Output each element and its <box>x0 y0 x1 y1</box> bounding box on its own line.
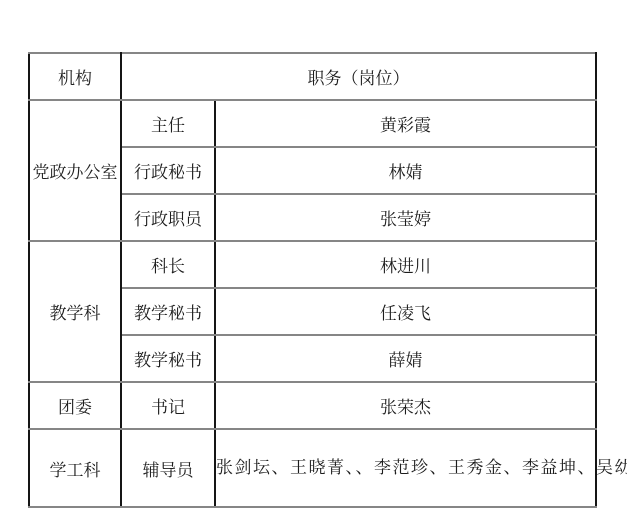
page-background: 机构 职务（岗位） 党政办公室 主任 黄彩霞 行政秘书 林婧 行政职员 张莹婷 … <box>0 0 627 532</box>
table-row: 教学科 科长 林进川 <box>29 241 596 288</box>
name-cell: 黄彩霞 <box>215 100 596 147</box>
title-cell: 行政职员 <box>121 194 215 241</box>
table-header-row: 机构 职务（岗位） <box>29 53 596 100</box>
name-cell: 林婧 <box>215 147 596 194</box>
org-cell-xuegongke: 学工科 <box>29 429 121 507</box>
org-cell-dangzheng: 党政办公室 <box>29 100 121 241</box>
name-cell: 任凌飞 <box>215 288 596 335</box>
table-row: 团委 书记 张荣杰 <box>29 382 596 429</box>
org-cell-tuanwei: 团委 <box>29 382 121 429</box>
org-position-table: 机构 职务（岗位） 党政办公室 主任 黄彩霞 行政秘书 林婧 行政职员 张莹婷 … <box>28 52 597 508</box>
title-cell: 辅导员 <box>121 429 215 507</box>
title-cell: 教学秘书 <box>121 288 215 335</box>
title-cell: 行政秘书 <box>121 147 215 194</box>
table-row: 党政办公室 主任 黄彩霞 <box>29 100 596 147</box>
title-cell: 教学秘书 <box>121 335 215 382</box>
name-cell-counselors: 张剑坛、王晓菁、、李范珍、王秀金、李益坤、吴幼蓉、杨泓哲、杨琳、钟沛钰 <box>215 429 596 507</box>
name-cell: 薛婧 <box>215 335 596 382</box>
header-cell-org: 机构 <box>29 53 121 100</box>
org-cell-jiaoxueke: 教学科 <box>29 241 121 382</box>
table-row: 学工科 辅导员 张剑坛、王晓菁、、李范珍、王秀金、李益坤、吴幼蓉、杨泓哲、杨琳、… <box>29 429 596 507</box>
title-cell: 科长 <box>121 241 215 288</box>
name-cell: 张莹婷 <box>215 194 596 241</box>
name-cell: 林进川 <box>215 241 596 288</box>
header-cell-position: 职务（岗位） <box>121 53 596 100</box>
title-cell: 主任 <box>121 100 215 147</box>
name-cell: 张荣杰 <box>215 382 596 429</box>
title-cell: 书记 <box>121 382 215 429</box>
